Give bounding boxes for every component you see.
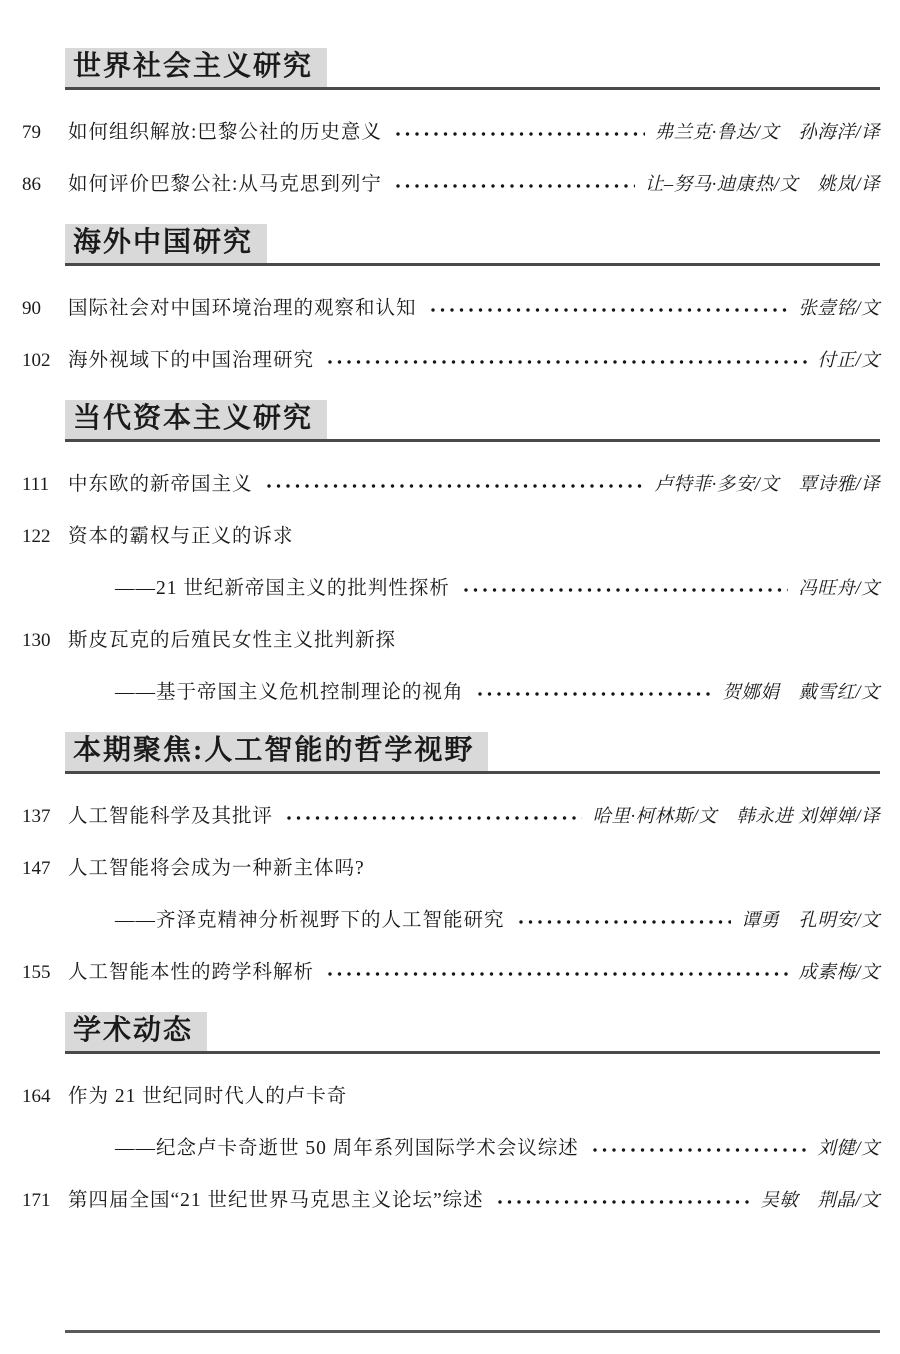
toc-entry-row: 111中东欧的新帝国主义卢特菲·多安/文 覃诗雅/译 [22, 472, 880, 498]
page-number: 147 [22, 856, 68, 882]
article-title: 中东欧的新帝国主义 [68, 472, 253, 498]
dot-leader [591, 1141, 808, 1159]
toc-entry-row: 86如何评价巴黎公社:从马克思到列宁让–努马·迪康热/文 姚岚/译 [22, 172, 880, 198]
dot-leader [496, 1193, 751, 1211]
toc-section: 学术动态164作为 21 世纪同时代人的卢卡奇——纪念卢卡奇逝世 50 周年系列… [22, 1012, 880, 1214]
dot-leader [429, 301, 789, 319]
page-number: 171 [22, 1188, 68, 1214]
section-title: 海外中国研究 [65, 224, 267, 263]
dot-leader [326, 965, 788, 983]
dot-leader [265, 477, 645, 495]
author-credit: 冯旺舟/文 [798, 576, 880, 602]
dot-leader [394, 177, 635, 195]
page-number: 102 [22, 348, 68, 374]
section-title: 本期聚焦:人工智能的哲学视野 [65, 732, 488, 771]
toc-section: 海外中国研究90国际社会对中国环境治理的观察和认知张壹铭/文102海外视域下的中… [22, 224, 880, 374]
dot-leader [326, 353, 807, 371]
section-title: 学术动态 [65, 1012, 207, 1051]
toc-entry-row: 130斯皮瓦克的后殖民女性主义批判新探 [22, 628, 880, 654]
author-credit: 哈里·柯林斯/文 韩永进 刘婵婵/译 [592, 804, 880, 830]
page-number: 79 [22, 120, 68, 146]
section-title: 世界社会主义研究 [65, 48, 327, 87]
article-title: 如何组织解放:巴黎公社的历史意义 [68, 120, 382, 146]
toc-entry-row: 122资本的霸权与正义的诉求 [22, 524, 880, 550]
section-header: 学术动态 [65, 1012, 880, 1054]
page-number: 122 [22, 524, 68, 550]
section-header: 当代资本主义研究 [65, 400, 880, 442]
page-number: 86 [22, 172, 68, 198]
toc-entry-row: 164作为 21 世纪同时代人的卢卡奇 [22, 1084, 880, 1110]
section-header: 海外中国研究 [65, 224, 880, 266]
author-credit: 卢特菲·多安/文 覃诗雅/译 [655, 472, 880, 498]
article-title: ——纪念卢卡奇逝世 50 周年系列国际学术会议综述 [68, 1136, 579, 1162]
toc-entry-row: 137人工智能科学及其批评哈里·柯林斯/文 韩永进 刘婵婵/译 [22, 804, 880, 830]
dot-leader [394, 125, 645, 143]
author-credit: 弗兰克·鲁达/文 孙海洋/译 [655, 120, 880, 146]
toc-entry-row: ——基于帝国主义危机控制理论的视角贺娜娟 戴雪红/文 [22, 680, 880, 706]
toc-sections: 世界社会主义研究79如何组织解放:巴黎公社的历史意义弗兰克·鲁达/文 孙海洋/译… [22, 48, 880, 1214]
article-title: 第四届全国“21 世纪世界马克思主义论坛”综述 [68, 1188, 484, 1214]
toc-entry-row: 90国际社会对中国环境治理的观察和认知张壹铭/文 [22, 296, 880, 322]
article-title: ——21 世纪新帝国主义的批判性探析 [68, 576, 450, 602]
article-title: 海外视域下的中国治理研究 [68, 348, 314, 374]
toc-section: 本期聚焦:人工智能的哲学视野137人工智能科学及其批评哈里·柯林斯/文 韩永进 … [22, 732, 880, 986]
section-header: 世界社会主义研究 [65, 48, 880, 90]
page-number: 164 [22, 1084, 68, 1110]
page-number: 130 [22, 628, 68, 654]
author-credit: 贺娜娟 戴雪红/文 [722, 680, 880, 706]
toc-section: 世界社会主义研究79如何组织解放:巴黎公社的历史意义弗兰克·鲁达/文 孙海洋/译… [22, 48, 880, 198]
dot-leader [462, 581, 788, 599]
article-title: 作为 21 世纪同时代人的卢卡奇 [68, 1084, 347, 1110]
section-header: 本期聚焦:人工智能的哲学视野 [65, 732, 880, 774]
page-number: 155 [22, 960, 68, 986]
author-credit: 付正/文 [817, 348, 880, 374]
toc-entry-row: ——纪念卢卡奇逝世 50 周年系列国际学术会议综述刘健/文 [22, 1136, 880, 1162]
author-credit: 刘健/文 [817, 1136, 880, 1162]
article-title: 人工智能科学及其批评 [68, 804, 273, 830]
section-title: 当代资本主义研究 [65, 400, 327, 439]
journal-toc-page: 世界社会主义研究79如何组织解放:巴黎公社的历史意义弗兰克·鲁达/文 孙海洋/译… [0, 0, 900, 1354]
toc-entry-row: 147人工智能将会成为一种新主体吗? [22, 856, 880, 882]
article-title: 国际社会对中国环境治理的观察和认知 [68, 296, 417, 322]
author-credit: 谭勇 孔明安/文 [741, 908, 880, 934]
author-credit: 成素梅/文 [798, 960, 880, 986]
page-number: 111 [22, 472, 68, 498]
toc-entry-row: ——齐泽克精神分析视野下的人工智能研究谭勇 孔明安/文 [22, 908, 880, 934]
article-title: ——齐泽克精神分析视野下的人工智能研究 [68, 908, 505, 934]
toc-section: 当代资本主义研究111中东欧的新帝国主义卢特菲·多安/文 覃诗雅/译122资本的… [22, 400, 880, 706]
page-number: 90 [22, 296, 68, 322]
article-title: 资本的霸权与正义的诉求 [68, 524, 294, 550]
author-credit: 让–努马·迪康热/文 姚岚/译 [645, 172, 880, 198]
author-credit: 张壹铭/文 [798, 296, 880, 322]
toc-entry-row: ——21 世纪新帝国主义的批判性探析冯旺舟/文 [22, 576, 880, 602]
author-credit: 吴敏 荆晶/文 [760, 1188, 880, 1214]
dot-leader [517, 913, 732, 931]
article-title: 如何评价巴黎公社:从马克思到列宁 [68, 172, 382, 198]
toc-entry-row: 171第四届全国“21 世纪世界马克思主义论坛”综述吴敏 荆晶/文 [22, 1188, 880, 1214]
article-title: ——基于帝国主义危机控制理论的视角 [68, 680, 464, 706]
bottom-rule [65, 1330, 880, 1333]
toc-entry-row: 155人工智能本性的跨学科解析成素梅/文 [22, 960, 880, 986]
toc-entry-row: 102海外视域下的中国治理研究付正/文 [22, 348, 880, 374]
dot-leader [285, 809, 582, 827]
toc-entry-row: 79如何组织解放:巴黎公社的历史意义弗兰克·鲁达/文 孙海洋/译 [22, 120, 880, 146]
article-title: 人工智能本性的跨学科解析 [68, 960, 314, 986]
dot-leader [476, 685, 713, 703]
page-number: 137 [22, 804, 68, 830]
article-title: 人工智能将会成为一种新主体吗? [68, 856, 365, 882]
article-title: 斯皮瓦克的后殖民女性主义批判新探 [68, 628, 396, 654]
